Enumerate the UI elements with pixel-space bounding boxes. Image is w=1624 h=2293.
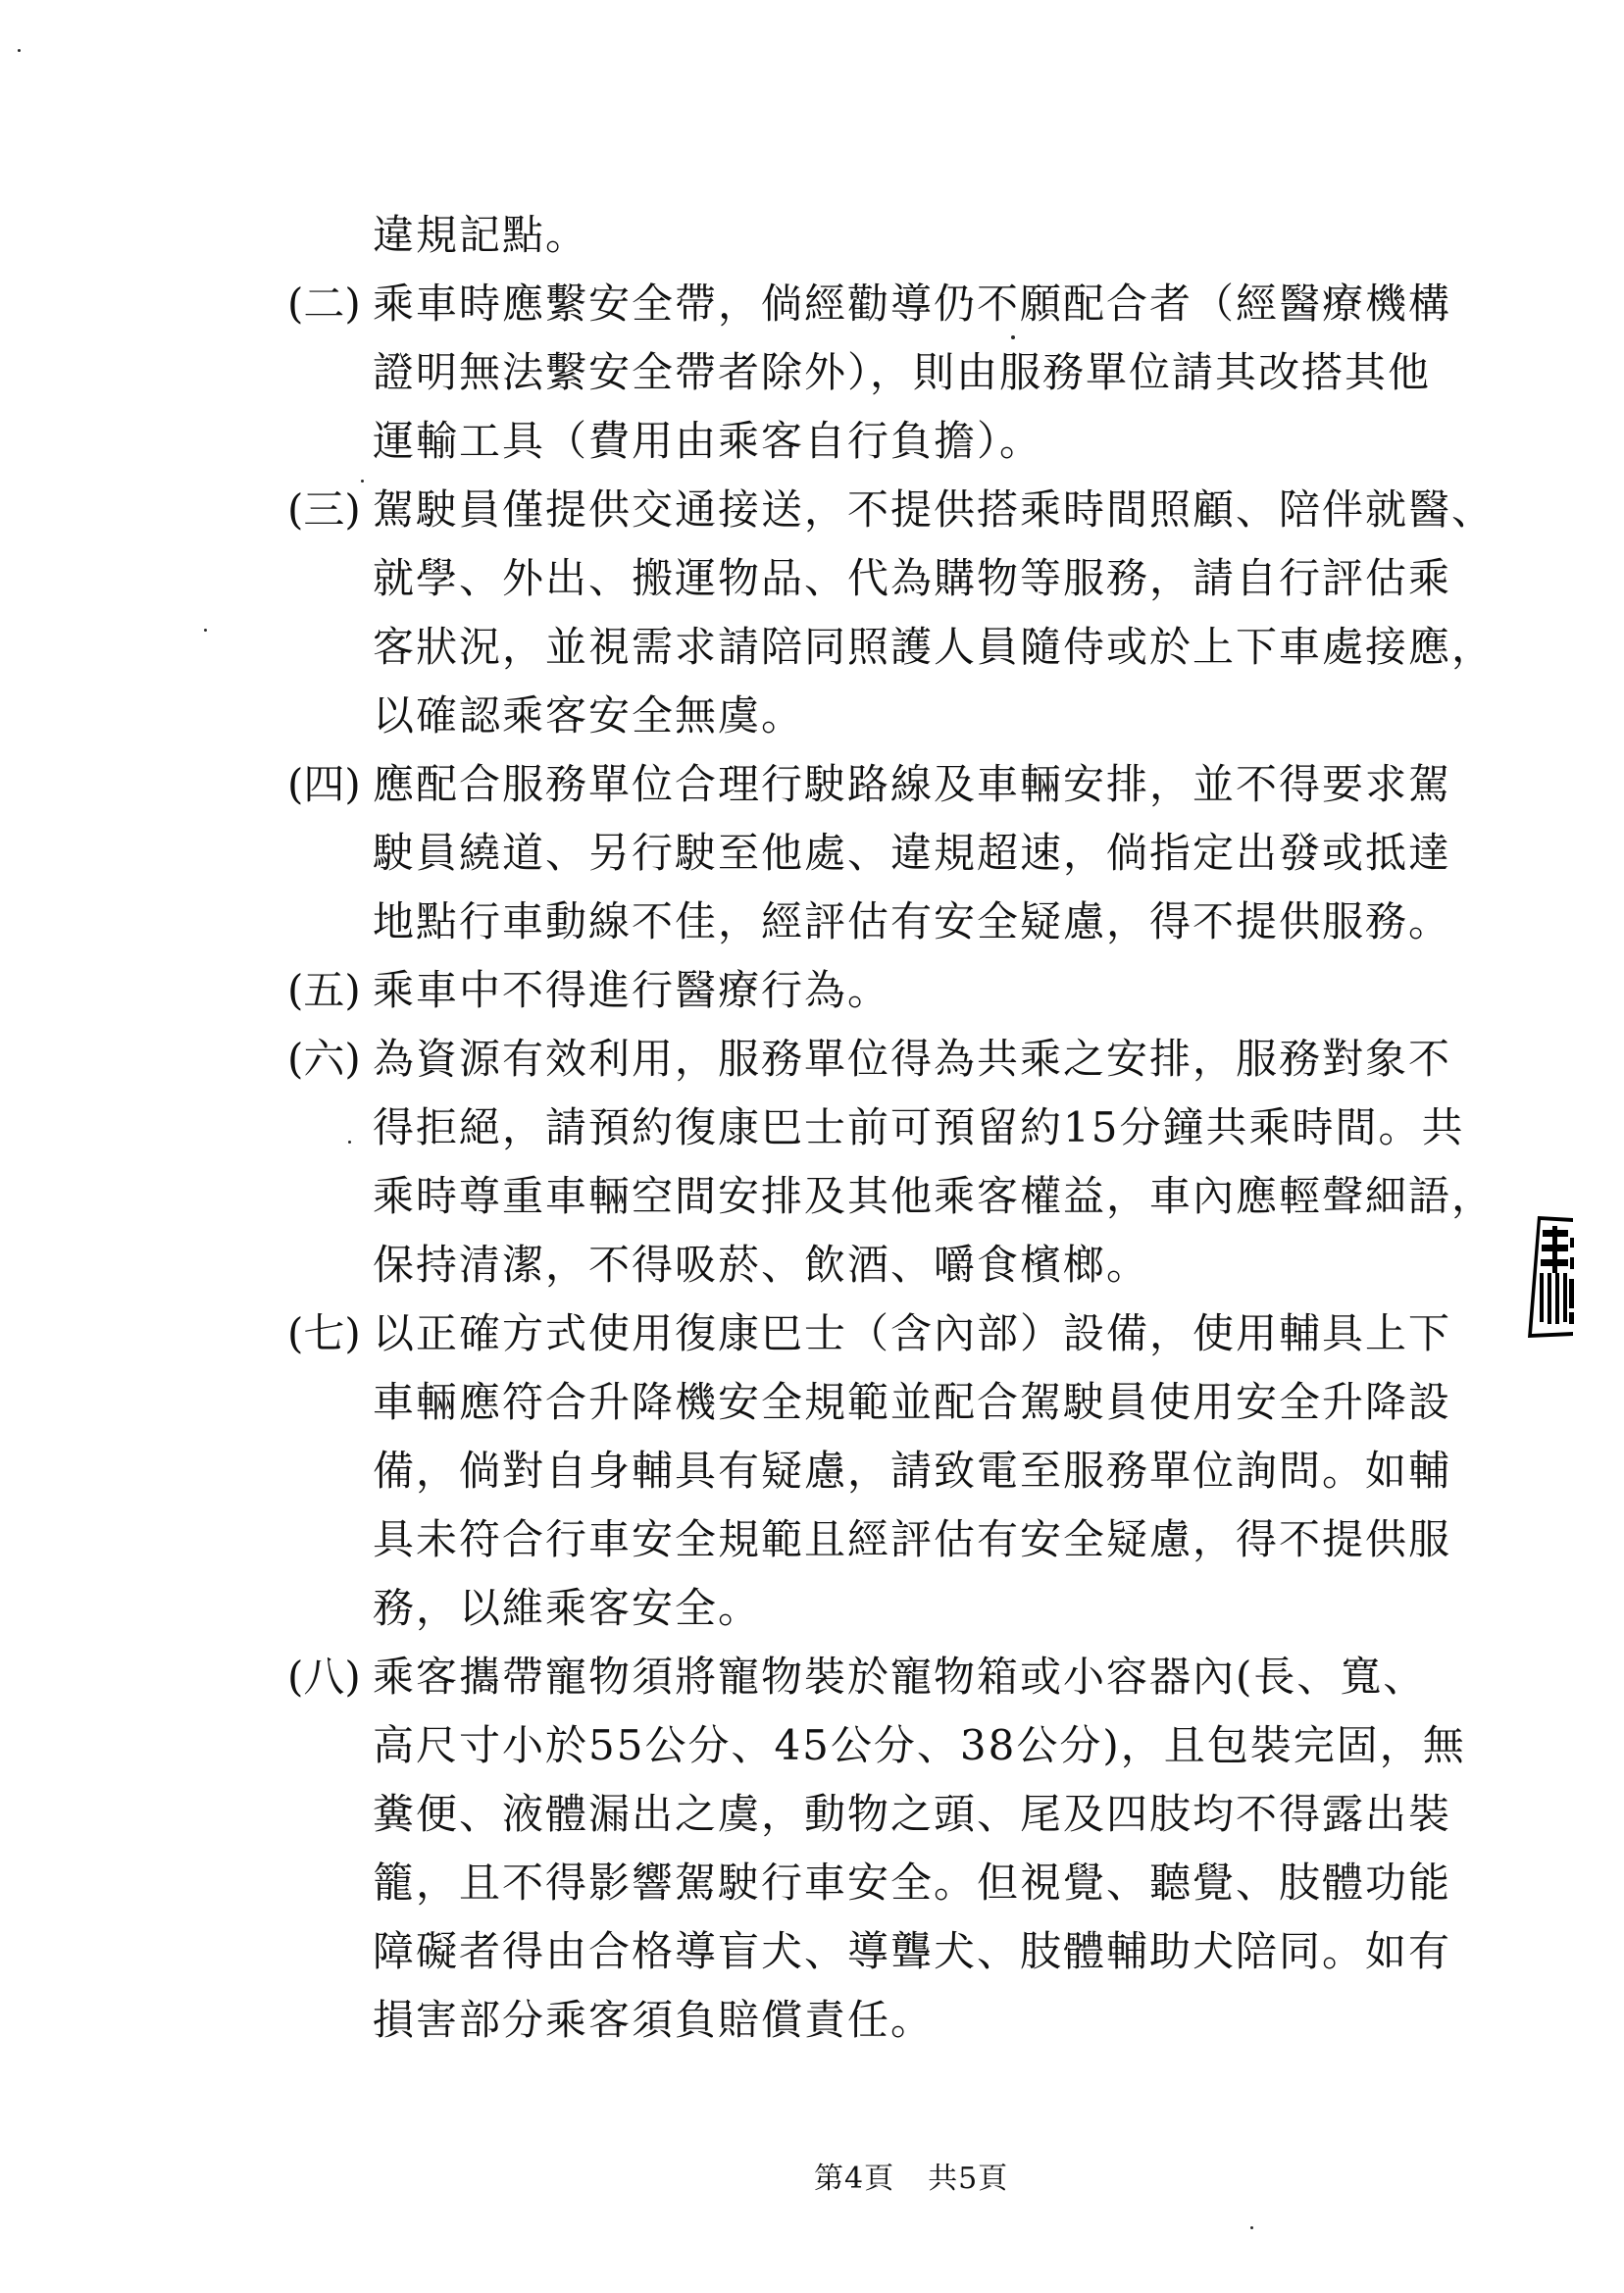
- text-line: (二) 乘車時應繫安全帶，倘經勸導仍不願配合者（經醫療機構: [0, 267, 1624, 335]
- text-line: 駛員繞道、另行駛至他處、違規超速，倘指定出發或抵達: [0, 816, 1624, 885]
- text-line: (三) 駕駛員僅提供交通接送，不提供搭乘時間照顧、陪伴就醫、: [0, 473, 1624, 541]
- line-text: 籠，且不得影響駕駛行車安全。但視覺、聽覺、肢體功能: [373, 1851, 1451, 1910]
- scan-speck: [348, 1141, 351, 1144]
- text-line: 保持清潔，不得吸菸、飲酒、嚼食檳榔。: [0, 1228, 1624, 1297]
- item-number-label: (三): [287, 478, 373, 536]
- line-text: 車輛應符合升降機安全規範並配合駕駛員使用安全升降設: [373, 1370, 1451, 1429]
- text-line: 障礙者得由合格導盲犬、導聾犬、肢體輔助犬陪同。如有: [0, 1914, 1624, 1983]
- scan-speck: [1011, 335, 1015, 339]
- text-line: 證明無法繫安全帶者除外），則由服務單位請其改搭其他: [0, 335, 1624, 404]
- footer-gap: [894, 2154, 928, 2197]
- line-text: 應配合服務單位合理行駛路線及車輛安排，並不得要求駕: [373, 752, 1451, 811]
- footer-page-number: 第4頁: [814, 2154, 894, 2197]
- text-line: (四) 應配合服務單位合理行駛路線及車輛安排，並不得要求駕: [0, 747, 1624, 816]
- text-line: 務，以維乘客安全。: [0, 1571, 1624, 1640]
- text-line: (五) 乘車中不得進行醫療行為。: [0, 953, 1624, 1022]
- text-line: 地點行車動線不佳，經評估有安全疑慮，得不提供服務。: [0, 885, 1624, 953]
- line-text: 務，以維乘客安全。: [373, 1576, 761, 1635]
- text-line: 籠，且不得影響駕駛行車安全。但視覺、聽覺、肢體功能: [0, 1846, 1624, 1914]
- line-text: 就學、外出、搬運物品、代為購物等服務，請自行評估乘: [373, 546, 1451, 605]
- scanned-document-page: 違規記點。 (二) 乘車時應繫安全帶，倘經勸導仍不願配合者（經醫療機構 證明無法…: [0, 0, 1624, 2293]
- line-text: 高尺寸小於55公分、45公分、38公分)，且包裝完固，無: [373, 1713, 1466, 1772]
- document-lines: 違規記點。 (二) 乘車時應繫安全帶，倘經勸導仍不願配合者（經醫療機構 證明無法…: [0, 198, 1624, 2052]
- footer-total-pages: 共5頁: [928, 2154, 1008, 2197]
- text-line: 運輸工具（費用由乘客自行負擔）。: [0, 404, 1624, 473]
- text-line: 客狀況，並視需求請陪同照護人員隨侍或於上下車處接應，: [0, 610, 1624, 679]
- line-text: 得拒絕，請預約復康巴士前可預留約15分鐘共乘時間。共: [373, 1096, 1464, 1154]
- item-number-label: (四): [287, 752, 373, 811]
- text-line: 得拒絕，請預約復康巴士前可預留約15分鐘共乘時間。共: [0, 1091, 1624, 1159]
- item-number-label: (六): [287, 1027, 373, 1086]
- text-line: 高尺寸小於55公分、45公分、38公分)，且包裝完固，無: [0, 1708, 1624, 1777]
- line-text: 障礙者得由合格導盲犬、導聾犬、肢體輔助犬陪同。如有: [373, 1919, 1451, 1978]
- line-text: 客狀況，並視需求請陪同照護人員隨侍或於上下車處接應，: [373, 615, 1495, 674]
- line-text: 乘時尊重車輛空間安排及其他乘客權益，車內應輕聲細語，: [373, 1164, 1495, 1223]
- scan-speck: [18, 49, 21, 52]
- text-line: 以確認乘客安全無虞。: [0, 679, 1624, 747]
- scan-speck: [361, 480, 364, 483]
- line-text: 地點行車動線不佳，經評估有安全疑慮，得不提供服務。: [373, 890, 1451, 948]
- text-line: 違規記點。: [0, 198, 1624, 267]
- text-line: (八) 乘客攜帶寵物須將寵物裝於寵物箱或小容器內(長、寬、: [0, 1640, 1624, 1708]
- line-text: 運輸工具（費用由乘客自行負擔）。: [373, 409, 1042, 468]
- line-text: 為資源有效利用，服務單位得為共乘之安排，服務對象不: [373, 1027, 1451, 1086]
- line-text: 糞便、液體漏出之虞，動物之頭、尾及四肢均不得露出裝: [373, 1782, 1451, 1841]
- text-line: (七) 以正確方式使用復康巴士（含內部）設備，使用輔具上下: [0, 1297, 1624, 1365]
- line-text: 備，倘對自身輔具有疑慮，請致電至服務單位詢問。如輔: [373, 1439, 1451, 1498]
- text-line: 車輛應符合升降機安全規範並配合駕駛員使用安全升降設: [0, 1365, 1624, 1434]
- text-line: 具未符合行車安全規範且經評估有安全疑慮，得不提供服: [0, 1503, 1624, 1571]
- page-footer: 第4頁 共5頁: [814, 2154, 1008, 2197]
- text-line: 乘時尊重車輛空間安排及其他乘客權益，車內應輕聲細語，: [0, 1159, 1624, 1228]
- line-text: 損害部分乘客須負賠償責任。: [373, 1988, 934, 2047]
- line-text: 具未符合行車安全規範且經評估有安全疑慮，得不提供服: [373, 1507, 1451, 1566]
- text-line: 就學、外出、搬運物品、代為購物等服務，請自行評估乘: [0, 541, 1624, 610]
- line-text: 乘車中不得進行醫療行為。: [373, 958, 890, 1017]
- line-text: 以正確方式使用復康巴士（含內部）設備，使用輔具上下: [373, 1301, 1451, 1360]
- item-number-label: (七): [287, 1301, 373, 1360]
- scan-speck: [1250, 2226, 1253, 2229]
- text-line: (六) 為資源有效利用，服務單位得為共乘之安排，服務對象不: [0, 1022, 1624, 1091]
- line-text: 違規記點。: [373, 203, 588, 262]
- text-line: 糞便、液體漏出之虞，動物之頭、尾及四肢均不得露出裝: [0, 1777, 1624, 1846]
- item-number-label: (五): [287, 958, 373, 1017]
- line-text: 乘客攜帶寵物須將寵物裝於寵物箱或小容器內(長、寬、: [373, 1645, 1426, 1704]
- line-text: 證明無法繫安全帶者除外），則由服務單位請其改搭其他: [373, 340, 1431, 399]
- line-text: 保持清潔，不得吸菸、飲酒、嚼食檳榔。: [373, 1233, 1149, 1292]
- line-text: 駛員繞道、另行駛至他處、違規超速，倘指定出發或抵達: [373, 821, 1451, 880]
- line-text: 駕駛員僅提供交通接送，不提供搭乘時間照顧、陪伴就醫、: [373, 478, 1495, 536]
- text-line: 損害部分乘客須負賠償責任。: [0, 1983, 1624, 2052]
- scan-speck: [838, 1468, 842, 1472]
- scan-speck: [204, 629, 207, 632]
- item-number-label: (八): [287, 1645, 373, 1704]
- item-number-label: (二): [287, 272, 373, 331]
- text-line: 備，倘對自身輔具有疑慮，請致電至服務單位詢問。如輔: [0, 1434, 1624, 1503]
- line-text: 以確認乘客安全無虞。: [373, 684, 804, 742]
- line-text: 乘車時應繫安全帶，倘經勸導仍不願配合者（經醫療機構: [373, 272, 1451, 331]
- partial-seal-stamp-icon: [1526, 1214, 1575, 1338]
